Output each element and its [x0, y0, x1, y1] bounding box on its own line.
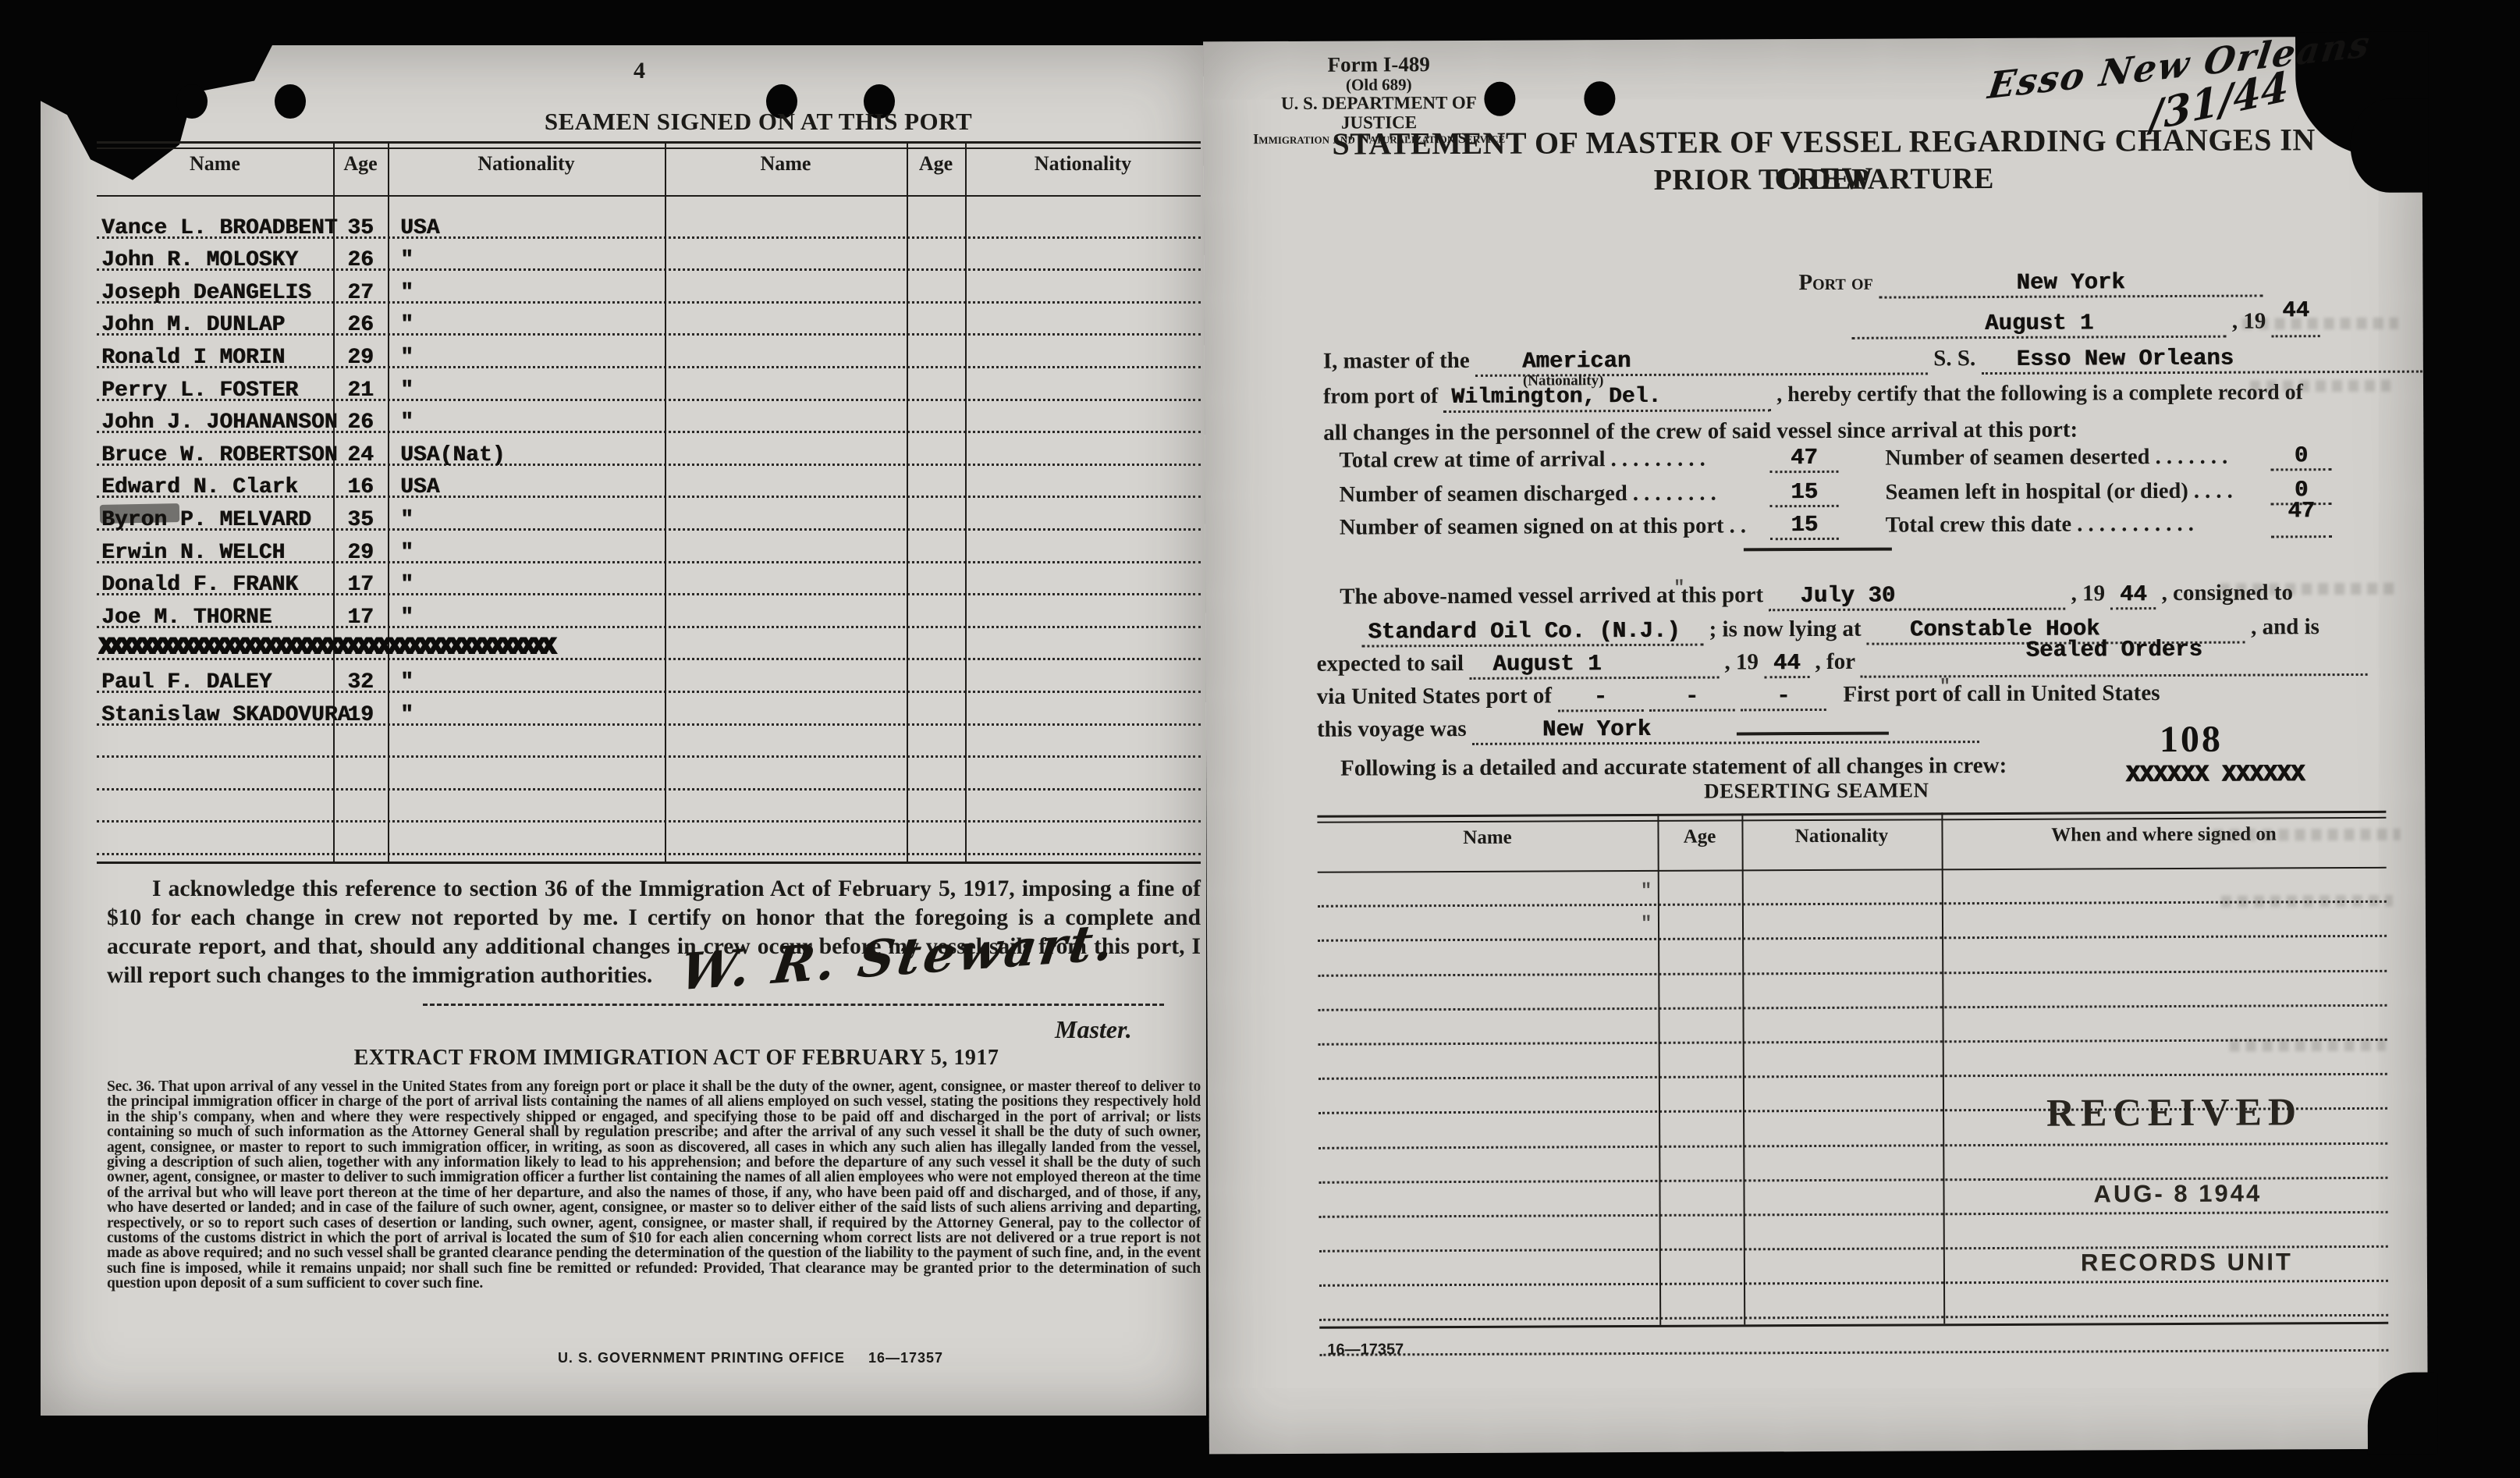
arrival-line-3: expected to sail August 1 , 19 44 , for …: [1316, 647, 2367, 680]
seaman-age: 26: [333, 249, 388, 274]
arrival-text: , and is: [2251, 614, 2319, 639]
destination-value: Sealed Orders: [1861, 648, 2368, 678]
seaman-name: Donald F. FRANK: [97, 574, 333, 599]
table-row: Joe M. THORNE 17 ": [97, 599, 1201, 631]
seaman-name: Paul F. DALEY: [97, 671, 333, 696]
strikeout-marks: XXXXXXXXXXXXXXXXXXXXXXXXXXXXXXXXXXXXXXXX…: [98, 633, 704, 662]
printing-office-label: U. S. GOVERNMENT PRINTING OFFICE: [558, 1350, 845, 1366]
seaman-name: John M. DUNLAP: [97, 314, 333, 339]
seaman-nationality: ": [388, 314, 665, 339]
torn-corner-artifact: [2368, 1373, 2438, 1455]
seaman-age: 35: [333, 217, 388, 242]
bleed-through-artifact: [2221, 895, 2393, 908]
from-port-line: from port of Wilmington, Del. , hereby c…: [1323, 380, 2303, 414]
seaman-age: 17: [333, 606, 388, 631]
left-page-title: SEAMEN SIGNED ON AT THIS PORT: [540, 108, 977, 136]
empty-table-row: [1318, 937, 2387, 976]
handwritten-number-stamp: 108: [2160, 718, 2223, 761]
heavy-underline: [1744, 548, 1892, 552]
seaman-name: Perry L. FOSTER: [97, 379, 333, 404]
from-port-suffix: , hereby certify that the following is a…: [1776, 380, 2303, 407]
stray-mark: ": [1940, 677, 1951, 698]
seaman-nationality: ": [388, 671, 665, 696]
seaman-age: 29: [333, 346, 388, 371]
following-line: Following is a detailed and accurate sta…: [1340, 753, 2007, 782]
seamen-rows: Vance L. BROADBENT 35 USA John R. MOLOSK…: [97, 209, 1201, 858]
seaman-age: 17: [333, 574, 388, 599]
seaman-name: Joe M. THORNE: [97, 606, 333, 631]
arrival-text: ; is now lying at: [1709, 616, 1862, 642]
table-row: Joseph DeANGELIS 27 ": [97, 274, 1201, 307]
arrival-text: , 19: [1724, 649, 1759, 674]
seaman-nationality: ": [388, 704, 665, 729]
seaman-age: 26: [333, 314, 388, 339]
sail-date-value: August 1: [1469, 651, 1719, 680]
stat-label: Total crew this date . . . . . . . . . .…: [1886, 512, 2194, 538]
stat-value: 0: [2270, 442, 2331, 471]
all-changes-line: all changes in the personnel of the crew…: [1323, 417, 2078, 446]
printing-office-footer: U. S. GOVERNMENT PRINTING OFFICE 16—1735…: [477, 1350, 1024, 1366]
signature-title: Master.: [1055, 1015, 1132, 1044]
arrival-text: via United States port of: [1317, 683, 1552, 709]
col-header-nationality: Nationality: [388, 152, 665, 176]
short-rule: [1737, 732, 1889, 736]
seaman-name: Bruce W. ROBERTSON: [97, 444, 333, 469]
table-row: John M. DUNLAP 26 ": [97, 307, 1201, 339]
arrival-date-value: July 30: [1769, 582, 2065, 612]
arrival-year-value: 44: [2110, 581, 2156, 610]
stat-value: 15: [1770, 512, 1839, 541]
seaman-age: 16: [333, 476, 388, 501]
received-stamp-date: AUG- 8 1944: [2093, 1180, 2262, 1209]
stat-label: Number of seamen signed on at this port …: [1340, 513, 1746, 540]
table-header-row: Name Age Nationality Name Age Nationalit…: [97, 152, 1201, 176]
port-of-label: Port of: [1798, 270, 1873, 295]
seaman-name: Byron P. MELVARD: [97, 509, 333, 534]
stat-label: Total crew at time of arrival . . . . . …: [1339, 447, 1705, 474]
extract-heading: EXTRACT FROM IMMIGRATION ACT OF FEBRUARY…: [208, 1046, 1145, 1071]
form-number-old: (Old 689): [1250, 76, 1507, 94]
stat-label: Number of seamen deserted . . . . . . .: [1885, 445, 2227, 471]
bleed-through-artifact: [2220, 583, 2399, 595]
table-row: Vance L. BROADBENT 35 USA: [97, 209, 1201, 242]
empty-table-row: [1319, 1041, 2387, 1080]
table-row: John J. JOHANANSON 26 ": [97, 404, 1201, 437]
from-port-value: Wilmington, Del.: [1443, 384, 1771, 413]
seaman-nationality: USA: [388, 217, 665, 242]
empty-row: [97, 794, 1201, 826]
port-of-value: New York: [1879, 268, 2263, 298]
col-header-age: Age: [333, 152, 388, 176]
left-page: 4 SEAMEN SIGNED ON AT THIS PORT Name Age…: [41, 45, 1206, 1416]
bleed-through-artifact: [2242, 318, 2398, 330]
table-row: Stanislaw SKADOVURA 19 ": [97, 696, 1201, 729]
bleed-through-artifact: [2230, 1039, 2386, 1052]
table-row: Erwin N. WELCH 29 ": [97, 534, 1201, 567]
empty-table-row: [1318, 1007, 2387, 1046]
seaman-name: Erwin N. WELCH: [97, 542, 333, 567]
seaman-age: 21: [333, 379, 388, 404]
stat-label: Number of seamen discharged . . . . . . …: [1340, 481, 1716, 508]
punch-hole: [1584, 81, 1615, 115]
empty-row: [97, 729, 1201, 762]
master-of-line: I, master of the American S. S. Esso New…: [1323, 344, 2422, 378]
signature-line: [423, 1004, 1164, 1006]
seaman-name: Stanislaw SKADOVURA: [97, 704, 333, 729]
punch-hole: [275, 84, 306, 119]
table-row: Ronald I MORIN 29 ": [97, 339, 1201, 371]
received-stamp-unit: RECORDS UNIT: [2081, 1248, 2293, 1277]
arrival-line-4: via United States port of - - - First po…: [1317, 680, 2160, 713]
vessel-name-value: Esso New Orleans: [1981, 345, 2422, 375]
empty-row: [97, 761, 1201, 794]
table-row: Perry L. FOSTER 21 ": [97, 371, 1201, 404]
stat-label: Seamen left in hospital (or died) . . . …: [1886, 479, 2233, 506]
right-page: Form I-489 (Old 689) U. S. DEPARTMENT OF…: [1203, 37, 2428, 1455]
deserting-seamen-title: DESERTING SEAMEN: [1559, 778, 2074, 805]
seamen-signed-on-table: Name Age Nationality Name Age Nationalit…: [97, 141, 1201, 867]
col-header-age: Age: [1657, 826, 1741, 847]
col-header-name: Name: [1317, 826, 1657, 850]
seaman-nationality: ": [388, 606, 665, 631]
seaman-nationality: ": [388, 249, 665, 274]
seaman-nationality: ": [388, 282, 665, 307]
arrival-line-1: The above-named vessel arrived at this p…: [1340, 580, 2293, 613]
table-row: John R. MOLOSKY 26 ": [97, 242, 1201, 275]
seaman-nationality: ": [388, 542, 665, 567]
seaman-name: Joseph DeANGELIS: [97, 282, 333, 307]
form-title-line2: PRIOR TO DEPARTURE: [1329, 160, 2319, 199]
received-stamp: RECEIVED: [2046, 1089, 2302, 1135]
seaman-name: Edward N. Clark: [97, 476, 333, 501]
col-header-nationality2: Nationality: [965, 152, 1201, 176]
print-code: 16—17357: [1327, 1341, 1404, 1359]
page-number: 4: [634, 58, 645, 84]
seaman-nationality: ": [388, 346, 665, 371]
first-port-value: New York: [1472, 715, 1979, 745]
table-row-struck-out: XXXXXXXXXXXXXXXXXXXXXXXXXXXXXXXXXXXXXXXX…: [97, 631, 1201, 664]
seaman-age: 35: [333, 509, 388, 534]
extract-body: Sec. 36. That upon arrival of any vessel…: [107, 1079, 1201, 1291]
print-code: 16—17357: [868, 1350, 943, 1366]
arrival-text: expected to sail: [1316, 651, 1464, 677]
port-of-line: Port of New York: [1798, 268, 2263, 299]
table-row: Bruce W. ROBERTSON 24 USA(Nat): [97, 436, 1201, 469]
stray-mark: ": [1641, 914, 1652, 935]
seaman-nationality: ": [388, 379, 665, 404]
via-port-value: -: [1741, 683, 1826, 712]
empty-table-row: [1319, 1144, 2387, 1183]
seaman-age: 29: [333, 542, 388, 567]
col-header-nationality: Nationality: [1741, 825, 1941, 847]
seaman-name: John R. MOLOSKY: [97, 249, 333, 274]
arrival-text: this voyage was: [1317, 716, 1467, 742]
seaman-nationality: USA: [388, 476, 665, 501]
stray-mark: ": [1673, 578, 1685, 599]
strikeout-marks: XXXXXX XXXXXX: [2125, 761, 2304, 789]
scanned-document: 4 SEAMEN SIGNED ON AT THIS PORT Name Age…: [0, 0, 2520, 1478]
seaman-nationality: ": [388, 509, 665, 534]
date-value: August 1: [1852, 310, 2227, 339]
arrival-line-5: this voyage was New York: [1317, 714, 1979, 746]
table-row: Paul F. DALEY 32 ": [97, 663, 1201, 696]
seaman-age: 19: [333, 704, 388, 729]
table-row: Donald F. FRANK 17 ": [97, 567, 1201, 599]
seaman-age: 32: [333, 671, 388, 696]
col-header-age2: Age: [907, 152, 965, 176]
seaman-nationality: ": [388, 574, 665, 599]
seaman-name: John J. JOHANANSON: [97, 411, 333, 436]
empty-row: [97, 826, 1201, 858]
via-port-value: -: [1557, 684, 1643, 712]
torn-corner-artifact: [2350, 99, 2429, 193]
seaman-nationality: USA(Nat): [388, 444, 665, 469]
col-header-name2: Name: [665, 152, 907, 176]
seaman-name: Vance L. BROADBENT: [97, 217, 333, 242]
sail-year-value: 44: [1764, 650, 1809, 679]
bleed-through-artifact: [2213, 829, 2400, 841]
seaman-nationality: ": [388, 411, 665, 436]
consignee-value: Standard Oil Co. (N.J.): [1361, 618, 1703, 648]
master-label: I, master of the: [1323, 348, 1470, 374]
col-header-name: Name: [97, 152, 333, 176]
arrival-text: , 19: [2071, 581, 2105, 606]
seaman-age: 26: [333, 411, 388, 436]
arrival-text: , for: [1815, 649, 1855, 674]
empty-table-row: [1319, 1282, 2388, 1321]
form-number: Form I-489: [1250, 53, 1507, 77]
stat-value: 47: [2271, 510, 2332, 538]
arrival-text: First port of call in United States: [1843, 680, 2160, 707]
bleed-through-artifact: [2250, 380, 2390, 393]
empty-table-row: [1318, 972, 2387, 1011]
stray-mark: ": [1641, 881, 1652, 902]
seaman-age: 24: [333, 444, 388, 469]
empty-table-row: [1318, 903, 2387, 942]
ss-label: S. S.: [1933, 346, 1975, 371]
empty-table-row: [1319, 1213, 2388, 1252]
stat-value: 15: [1770, 479, 1839, 508]
table-row: Edward N. Clark 16 USA: [97, 469, 1201, 502]
seaman-name: Ronald I MORIN: [97, 346, 333, 371]
punch-hole: [176, 84, 208, 119]
seaman-age: 27: [333, 282, 388, 307]
arrival-text: The above-named vessel arrived at this p…: [1340, 582, 1763, 609]
table-row: Byron P. MELVARD 35 ": [97, 501, 1201, 534]
via-port-value: -: [1649, 683, 1734, 712]
from-port-label: from port of: [1323, 384, 1438, 409]
stat-value: 47: [1769, 445, 1838, 474]
